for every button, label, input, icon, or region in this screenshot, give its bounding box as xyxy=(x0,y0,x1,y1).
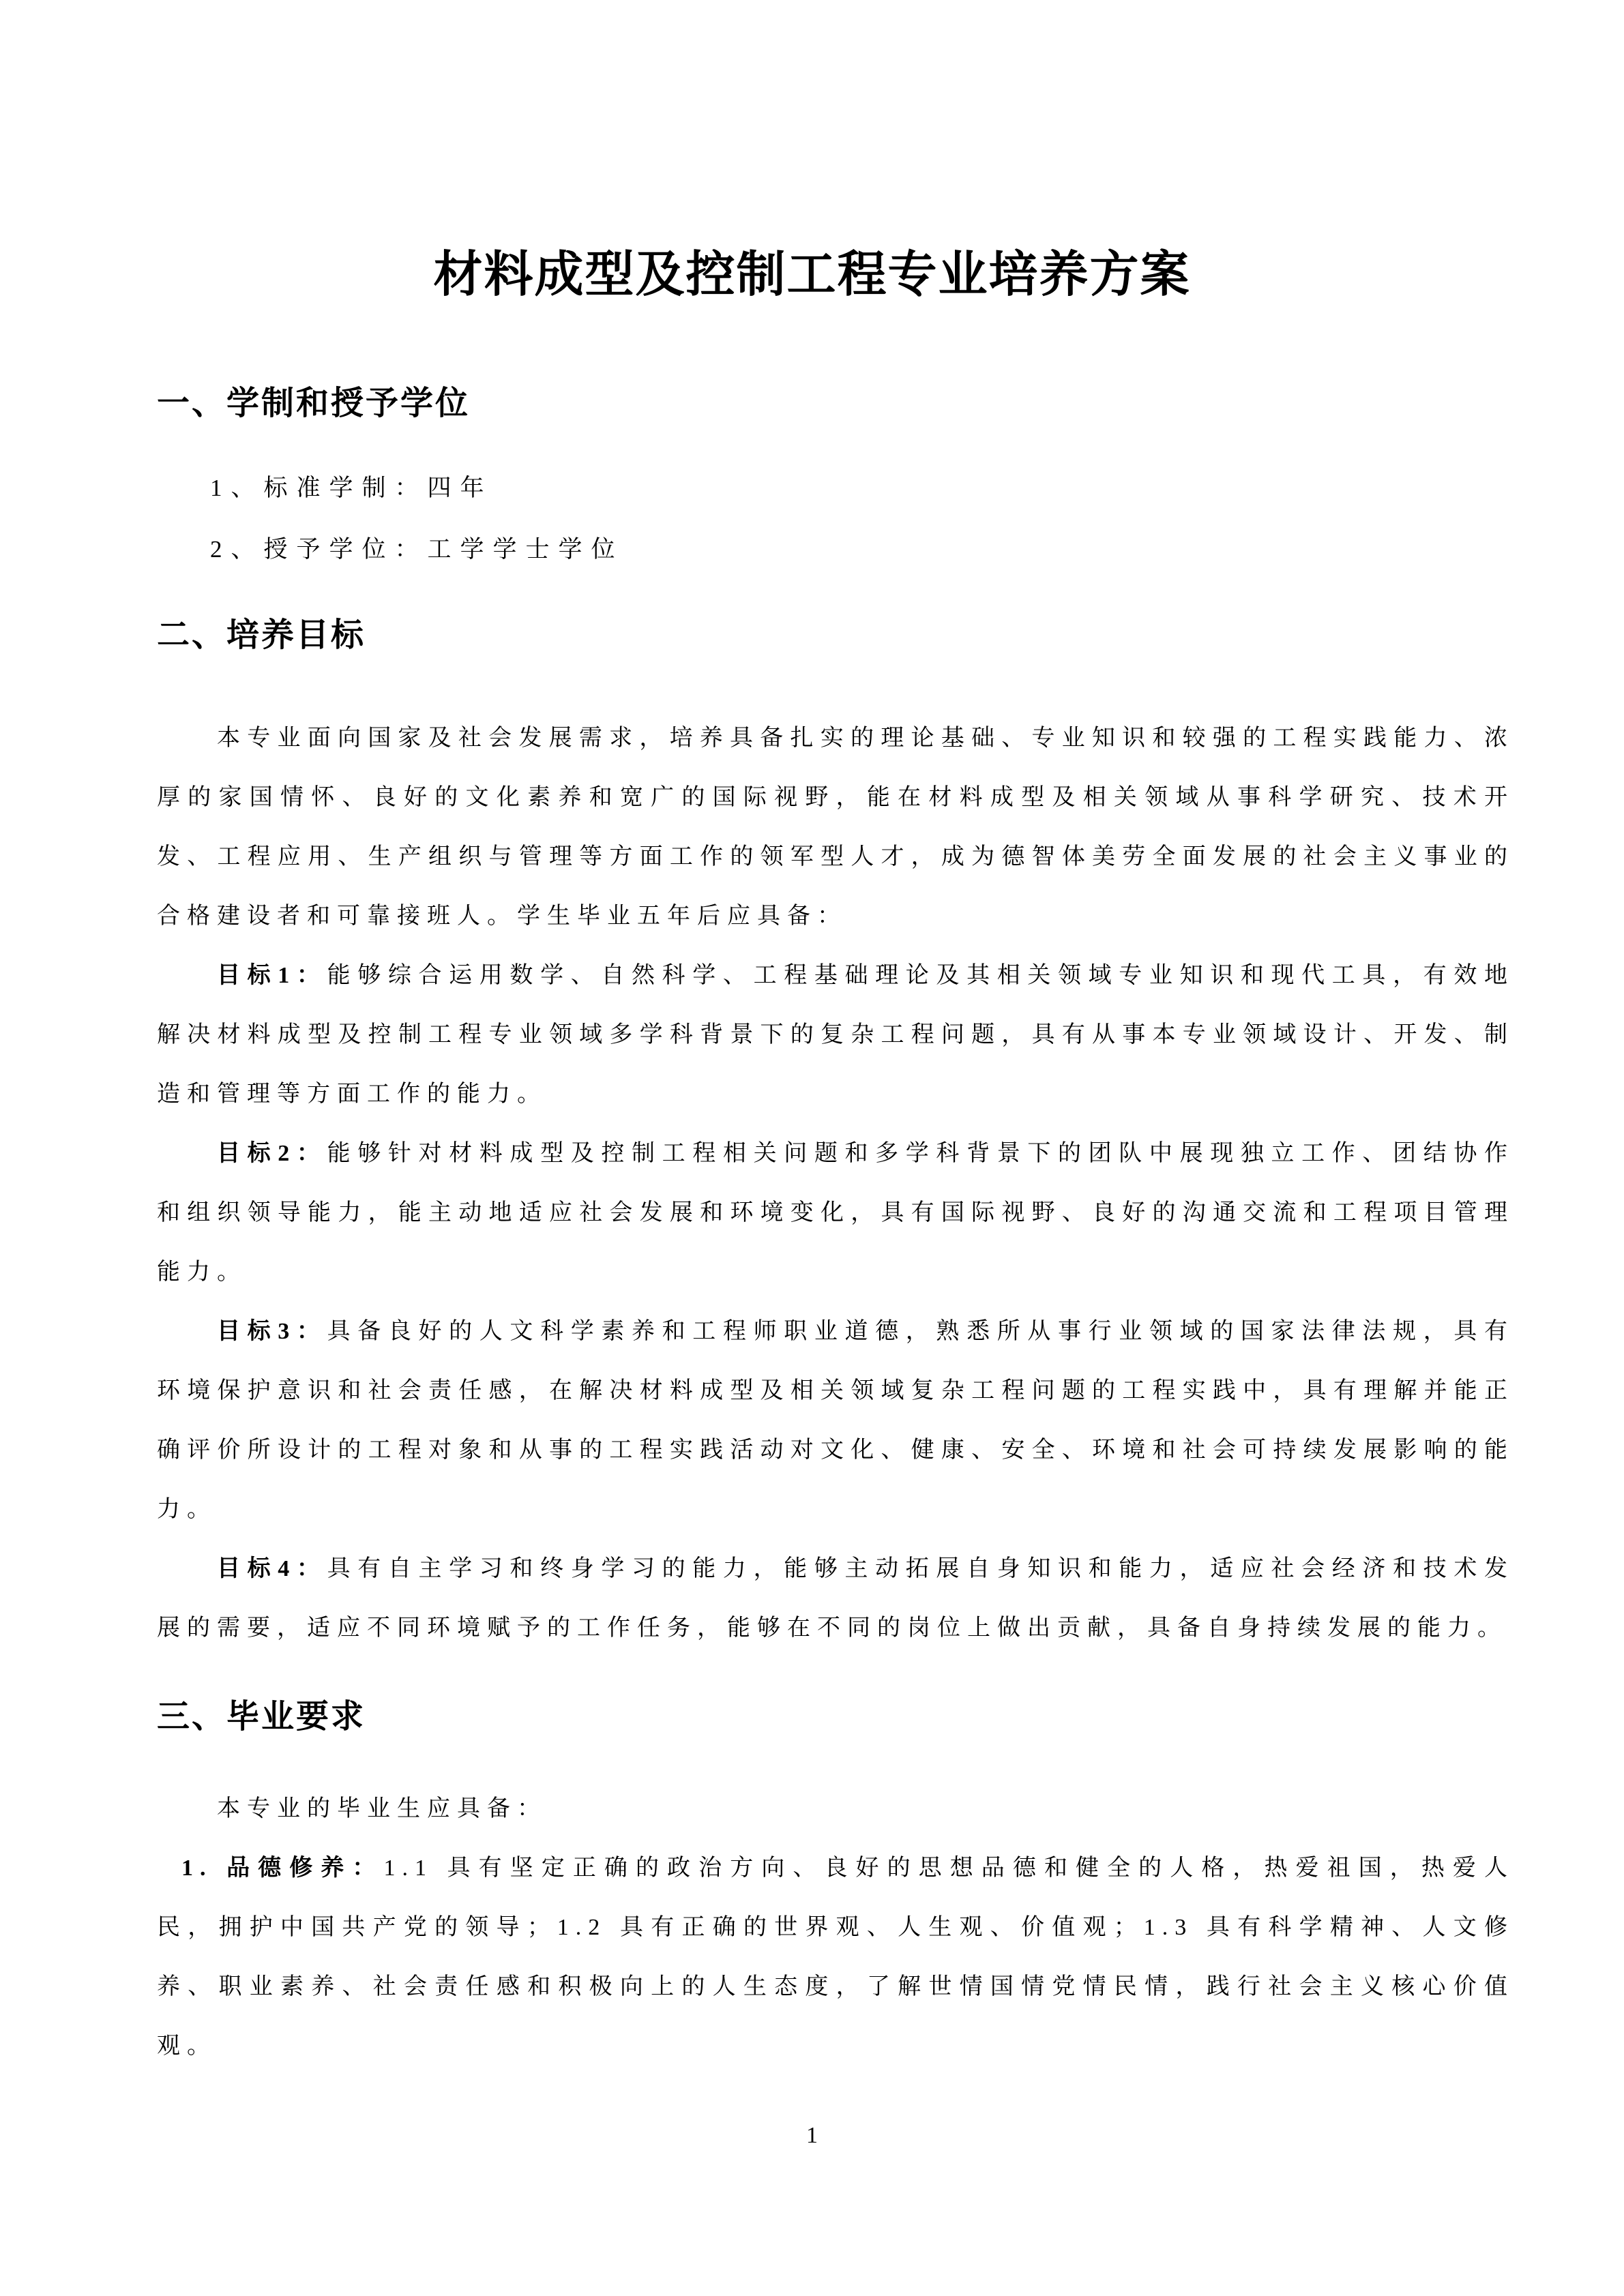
section: 三、毕业要求本专业的毕业生应具备：1. 品德修养：1.1 具有坚定正确的政治方向… xyxy=(157,1695,1514,2076)
paragraph: 目标3：具备良好的人文科学素养和工程师职业道德，熟悉所从事行业领域的国家法律法规… xyxy=(157,1302,1514,1539)
paragraph-text: 能够针对材料成型及控制工程相关问题和多学科背景下的团队中展现独立工作、团结协作和… xyxy=(157,1141,1514,1285)
paragraph-text: 1.1 具有坚定正确的政治方向、良好的思想品德和健全的人格，热爱祖国，热爱人民，… xyxy=(157,1855,1514,2059)
document-body: 一、学制和授予学位1、标准学制：四年2、授予学位：工学学士学位二、培养目标本专业… xyxy=(157,382,1514,2076)
list-item: 1、标准学制：四年 xyxy=(157,458,1514,519)
paragraph-text: 本专业的毕业生应具备： xyxy=(217,1796,547,1821)
paragraph-label: 目标3： xyxy=(217,1319,327,1344)
section-heading: 三、毕业要求 xyxy=(157,1695,1514,1739)
section: 一、学制和授予学位1、标准学制：四年2、授予学位：工学学士学位 xyxy=(157,382,1514,580)
page-number: 1 xyxy=(0,2119,1624,2152)
paragraph-text: 具备良好的人文科学素养和工程师职业道德，熟悉所从事行业领域的国家法律法规，具有环… xyxy=(157,1319,1514,1522)
paragraph: 目标1：能够综合运用数学、自然科学、工程基础理论及其相关领域专业知识和现代工具，… xyxy=(157,946,1514,1124)
paragraph-label: 目标1： xyxy=(217,963,327,988)
paragraph-group: 本专业面向国家及社会发展需求，培养具备扎实的理论基础、专业知识和较强的工程实践能… xyxy=(157,709,1514,1658)
paragraph: 目标4：具有自主学习和终身学习的能力，能够主动拓展自身知识和能力，适应社会经济和… xyxy=(157,1539,1514,1658)
document-title: 材料成型及控制工程专业培养方案 xyxy=(0,237,1624,312)
document-page: 材料成型及控制工程专业培养方案 一、学制和授予学位1、标准学制：四年2、授予学位… xyxy=(0,0,1624,2296)
paragraph-label: 目标4： xyxy=(217,1556,327,1581)
paragraph-label: 1. 品德修养： xyxy=(181,1855,383,1881)
paragraph: 1. 品德修养：1.1 具有坚定正确的政治方向、良好的思想品德和健全的人格，热爱… xyxy=(157,1838,1514,2076)
paragraph-label: 目标2： xyxy=(217,1141,327,1166)
list-item: 2、授予学位：工学学士学位 xyxy=(157,519,1514,580)
section-heading: 一、学制和授予学位 xyxy=(157,382,1514,426)
paragraph-text: 本专业面向国家及社会发展需求，培养具备扎实的理论基础、专业知识和较强的工程实践能… xyxy=(157,726,1514,929)
paragraph: 本专业的毕业生应具备： xyxy=(157,1779,1514,1838)
paragraph: 目标2：能够针对材料成型及控制工程相关问题和多学科背景下的团队中展现独立工作、团… xyxy=(157,1124,1514,1302)
paragraph: 本专业面向国家及社会发展需求，培养具备扎实的理论基础、专业知识和较强的工程实践能… xyxy=(157,709,1514,946)
paragraph-group: 本专业的毕业生应具备：1. 品德修养：1.1 具有坚定正确的政治方向、良好的思想… xyxy=(157,1779,1514,2076)
paragraph-text: 能够综合运用数学、自然科学、工程基础理论及其相关领域专业知识和现代工具，有效地解… xyxy=(157,963,1514,1107)
paragraph-text: 具有自主学习和终身学习的能力，能够主动拓展自身知识和能力，适应社会经济和技术发展… xyxy=(157,1556,1514,1641)
section-heading: 二、培养目标 xyxy=(157,614,1514,657)
numbered-list: 1、标准学制：四年2、授予学位：工学学士学位 xyxy=(157,458,1514,580)
section: 二、培养目标本专业面向国家及社会发展需求，培养具备扎实的理论基础、专业知识和较强… xyxy=(157,614,1514,1658)
